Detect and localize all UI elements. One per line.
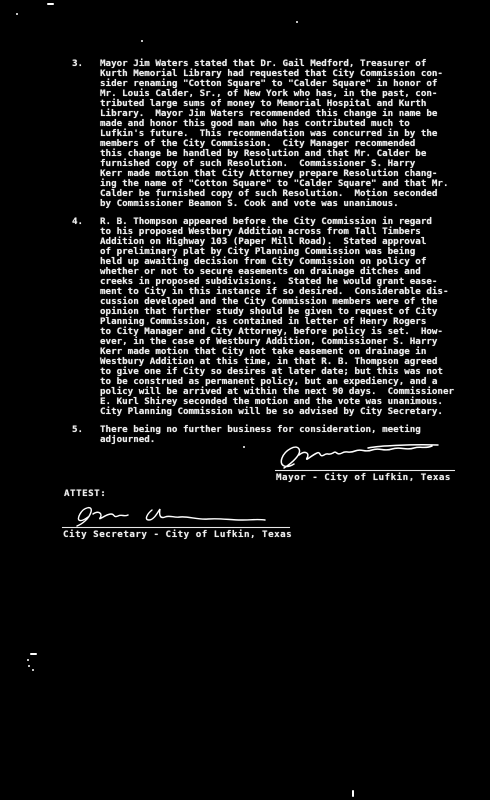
- scanned-minutes-page: 3. Mayor Jim Waters stated that Dr. Gail…: [0, 0, 490, 800]
- item-number: 5.: [72, 425, 100, 445]
- item-number: 4.: [72, 217, 100, 417]
- mayor-signature-rule: [275, 470, 455, 471]
- scan-noise-speck: [47, 3, 54, 5]
- attest-label: ATTEST:: [64, 488, 106, 499]
- scan-noise-speck: [296, 21, 298, 23]
- minute-item-4: 4. R. B. Thompson appeared before the Ci…: [72, 217, 464, 417]
- scan-noise-speck: [141, 40, 143, 42]
- scan-noise-speck: [28, 665, 30, 667]
- minutes-body: 3. Mayor Jim Waters stated that Dr. Gail…: [72, 59, 464, 453]
- item-text: Mayor Jim Waters stated that Dr. Gail Me…: [100, 59, 464, 209]
- secretary-signature: [60, 501, 270, 527]
- minute-item-3: 3. Mayor Jim Waters stated that Dr. Gail…: [72, 59, 464, 209]
- mayor-title-line: Mayor - City of Lufkin, Texas: [276, 473, 451, 483]
- secretary-signature-rule: [62, 527, 290, 528]
- scan-noise-speck: [243, 446, 245, 448]
- scan-noise-speck: [30, 653, 37, 655]
- item-number: 3.: [72, 59, 100, 209]
- item-text: R. B. Thompson appeared before the City …: [100, 217, 464, 417]
- secretary-title-line: City Secretary - City of Lufkin, Texas: [63, 530, 292, 540]
- mayor-signature-block: Mayor - City of Lufkin, Texas: [272, 442, 458, 487]
- scan-noise-speck: [352, 790, 354, 797]
- scan-noise-speck: [16, 13, 18, 15]
- scan-noise-speck: [32, 669, 34, 671]
- scan-noise-speck: [27, 659, 29, 661]
- secretary-signature-block: City Secretary - City of Lufkin, Texas: [60, 501, 292, 543]
- mayor-signature: [272, 442, 458, 470]
